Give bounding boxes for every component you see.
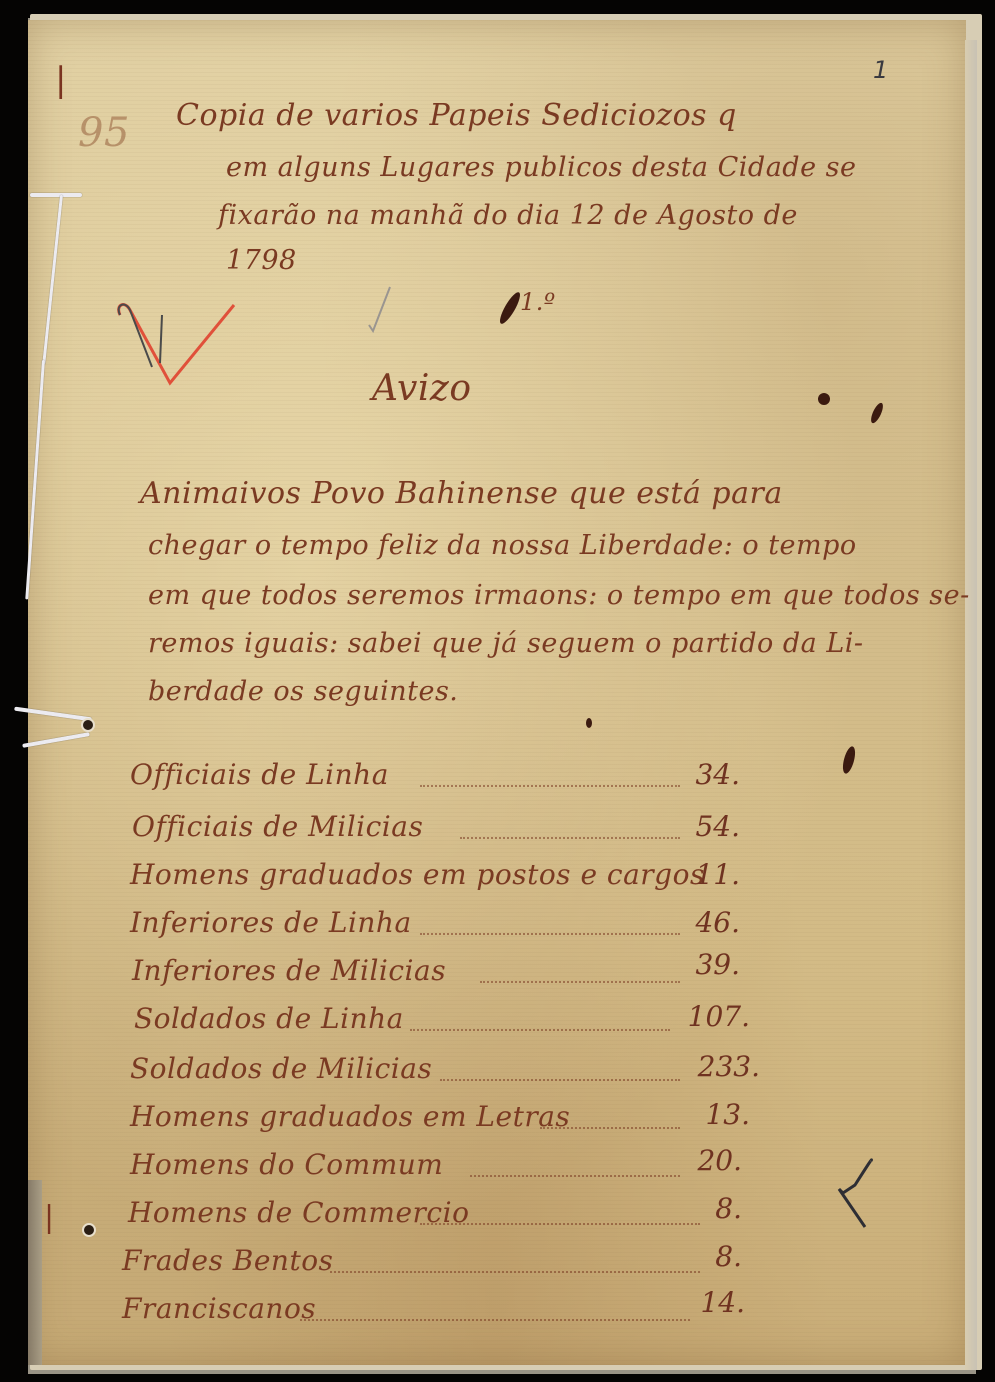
dotted-leader [460, 837, 680, 839]
dotted-leader [440, 1079, 680, 1081]
list-item-label: Homens de Commercio [128, 1196, 469, 1229]
body-line-4: remos iguais: sabei que já seguem o part… [148, 628, 864, 659]
ink-blot [586, 718, 592, 728]
body-line-2: chegar o tempo feliz da nossa Liberdade:… [148, 530, 857, 561]
list-item-count: 233. [680, 1050, 760, 1083]
list-item-label: Inferiores de Milicias [132, 954, 446, 987]
archive-number: 95 [78, 110, 130, 156]
folio-number: 1 [873, 56, 888, 84]
dotted-leader [470, 1175, 680, 1177]
list-item-count: 54. [660, 810, 740, 843]
dotted-leader [480, 981, 680, 983]
dotted-leader [540, 1127, 680, 1129]
list-item-label: Officiais de Linha [130, 758, 389, 791]
list-item-count: 34. [660, 758, 740, 791]
pencil-check-icon [825, 1155, 885, 1235]
list-item-label: Homens graduados em postos e cargos [130, 858, 705, 891]
list-item-count: 14. [665, 1286, 745, 1319]
list-item-label: Homens graduados em Letras [130, 1100, 570, 1133]
dotted-leader [300, 1319, 690, 1321]
list-item-label: Officiais de Milicias [132, 810, 423, 843]
list-item-label: Soldados de Linha [134, 1002, 404, 1035]
body-line-3: em que todos seremos irmaons: o tempo em… [148, 580, 970, 611]
section-marker: 1.º [520, 288, 556, 316]
spine-edge [28, 1180, 42, 1365]
list-item-label: Inferiores de Linha [130, 906, 412, 939]
list-item-label: Soldados de Milicias [130, 1052, 432, 1085]
title-line-4: 1798 [226, 245, 297, 276]
body-line-5: berdade os seguintes. [148, 676, 458, 707]
margin-mark-top: | [55, 60, 67, 100]
faint-pencil-mark-icon [365, 285, 395, 335]
title-line-1: Copia de varios Papeis Sediciozos q [176, 98, 737, 133]
title-line-2: em alguns Lugares publicos desta Cidade … [226, 152, 856, 183]
list-item-count: 107. [670, 1000, 750, 1033]
dotted-leader [420, 1223, 700, 1225]
ink-blot [818, 393, 830, 405]
list-item-label: Franciscanos [122, 1292, 316, 1325]
list-item-count: 20. [662, 1144, 742, 1177]
binding-string [30, 193, 82, 197]
list-item-label: Homens do Commum [130, 1148, 443, 1181]
page-edge [965, 40, 977, 1370]
margin-mark-bottom: | [44, 1200, 55, 1235]
list-item-count: 39. [660, 948, 740, 981]
heading-avizo: Avizo [372, 368, 472, 409]
list-item-count: 11. [660, 858, 740, 891]
binding-hole [82, 1223, 96, 1237]
list-item-count: 46. [660, 906, 740, 939]
binding-hole [81, 718, 95, 732]
list-item-count: 13. [670, 1098, 750, 1131]
body-line-1: Animaivos Povo Bahinense que está para [140, 476, 783, 511]
dotted-leader [420, 933, 680, 935]
red-check-icon [110, 295, 240, 395]
list-item-label: Frades Bentos [122, 1244, 333, 1277]
list-item-count: 8. [662, 1192, 742, 1225]
title-line-3: fixarão na manhã do dia 12 de Agosto de [218, 200, 798, 231]
dotted-leader [410, 1029, 670, 1031]
list-item-count: 8. [662, 1240, 742, 1273]
dotted-leader [420, 785, 680, 787]
dotted-leader [330, 1271, 700, 1273]
manuscript-photo: 1 | 95 | Copia de varios Papeis Sedicioz… [0, 0, 995, 1382]
